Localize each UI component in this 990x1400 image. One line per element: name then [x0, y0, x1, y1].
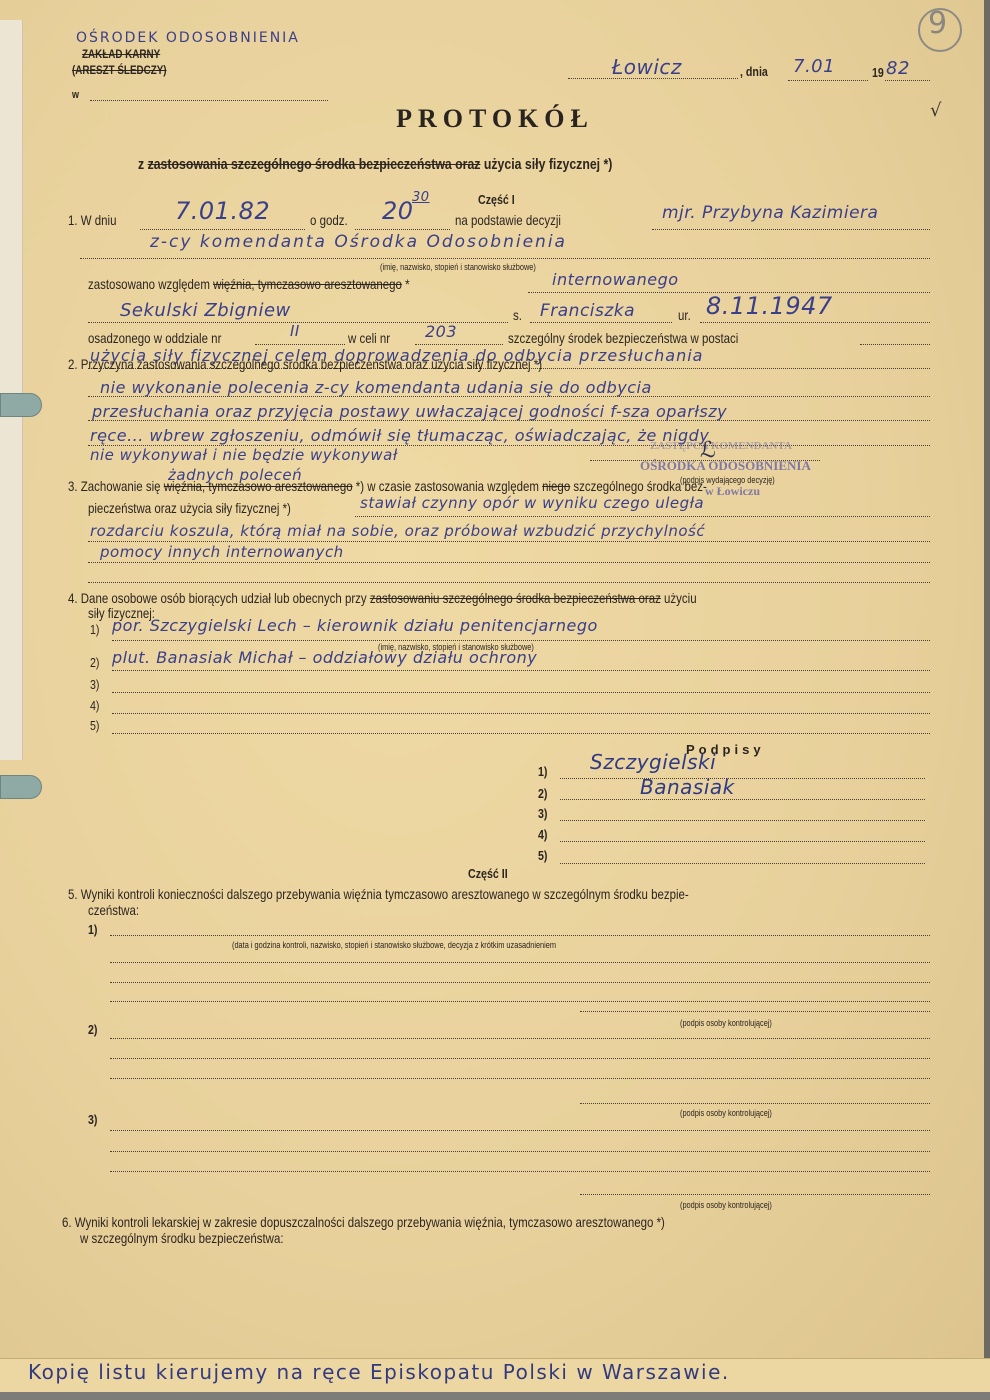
item2-line: przesłuchania oraz przyjęcia postawy uwł… [92, 402, 727, 421]
document-title: PROTOKÓŁ [0, 104, 990, 134]
stamp-line: OŚRODKA ODOSOBNIENIA [640, 458, 811, 474]
dotted-line [788, 80, 868, 81]
participant-entry: por. Szczygielski Lech – kierownik dział… [112, 616, 598, 635]
cell-number: 203 [425, 322, 457, 341]
item3-struck: więźnia, tymczasowo aresztowanego [164, 478, 353, 494]
item3-line: rozdarciu koszula, którą miał na sobie, … [90, 522, 705, 540]
dnia-label: , dnia [740, 64, 768, 79]
participant-num: 5) [90, 718, 99, 733]
signature-line [560, 841, 925, 842]
item1-caption: (imię, nazwisko, stopień i stanowisko sł… [380, 262, 536, 272]
item5-caption: (data i godzina kontroli, nazwisko, stop… [232, 940, 556, 950]
binding-hole [0, 775, 42, 799]
participant-num: 3) [90, 677, 99, 692]
dotted-line [112, 713, 930, 714]
dotted-line [90, 100, 328, 101]
dotted-line [568, 78, 738, 79]
dotted-line [112, 692, 930, 693]
item4-text: użyciu [664, 590, 697, 606]
participant-num: 1) [90, 622, 99, 637]
signature-num: 3) [538, 806, 547, 821]
institution-handwritten: OŚRODEK ODOSOBNIENIA [76, 30, 300, 46]
item4-label-line1: 4. Dane osobowe osób biorących udział lu… [68, 590, 697, 606]
subtitle: z zastosowania szczególnego środka bezpi… [138, 156, 612, 173]
item5-label-line1: 5. Wyniki kontroli konieczności dalszego… [68, 886, 689, 902]
signature-num: 5) [538, 848, 547, 863]
institution-printed-alt: (ARESZT ŚLEDCZY) [72, 63, 167, 77]
document-page: OŚRODEK ODOSOBNIENIA ZAKŁAD KARNY (ARESZ… [0, 0, 990, 1400]
page-edge [984, 0, 990, 1400]
control-num: 1) [88, 922, 97, 937]
item2-label: 2. Przyczyna zastosowania szczególnego ś… [68, 356, 542, 372]
dotted-line [110, 1078, 930, 1079]
binding-hole [0, 393, 42, 417]
signature-num: 2) [538, 786, 547, 801]
dotted-line [355, 516, 930, 517]
dotted-line [110, 962, 930, 963]
signature-1: Szczygielski [590, 750, 716, 774]
signature-num: 1) [538, 764, 547, 779]
dotted-line [415, 344, 503, 345]
participant-num: 4) [90, 698, 99, 713]
dotted-line [110, 1171, 930, 1172]
dotted-line [112, 670, 930, 671]
item3-label-line2: pieczeństwa oraz użycia siły fizycznej *… [88, 500, 291, 516]
person-status: internowanego [552, 270, 679, 289]
dotted-line [860, 344, 930, 345]
dotted-line [110, 935, 930, 936]
dotted-line [140, 229, 305, 230]
signature-num: 4) [538, 827, 547, 842]
decision-line2: z-cy komendanta Ośrodka Odosobnienia [150, 232, 567, 252]
cell-label: w celi nr [348, 330, 390, 346]
ward-label: osadzonego w oddziale nr [88, 330, 221, 346]
w-label: w [72, 89, 79, 101]
year-prefix: 19 [872, 65, 884, 80]
signature-line [560, 778, 925, 779]
dotted-line [110, 1151, 930, 1152]
measure-label: szczególny środek bezpieczeństwa w posta… [508, 330, 738, 346]
item2-line: nie wykonywał i nie będzie wykonywał [90, 446, 398, 464]
control-signature-caption: (podpis osoby kontrolującej) [680, 1108, 772, 1118]
person-name: Sekulski Zbigniew [120, 300, 291, 321]
participant-entry: plut. Banasiak Michał – oddziałowy dział… [112, 648, 537, 667]
item6-label-line2: w szczególnym środku bezpieczeństwa: [80, 1230, 284, 1246]
year-handwritten: 82 [886, 58, 910, 79]
signature-2: Banasiak [640, 775, 735, 799]
page-number: 9 [928, 6, 947, 41]
item1-label: 1. W dniu [68, 212, 116, 228]
applied-star: * [405, 276, 409, 292]
subtitle-z: z [138, 156, 144, 173]
item4-struck: zastosowaniu szczególnego środka bezpiec… [370, 590, 661, 606]
control-num: 3) [88, 1112, 97, 1127]
dotted-line [530, 322, 672, 323]
dotted-line [88, 420, 930, 421]
dotted-line [110, 1038, 930, 1039]
signature-line [580, 1103, 930, 1104]
father-name: Franciszka [540, 301, 635, 321]
signature-line [560, 799, 925, 800]
item3-line: stawiał czynny opór w wyniku czego uległ… [360, 494, 704, 512]
item1-date: 7.01.82 [175, 197, 270, 225]
item4-text: 4. Dane osobowe osób biorących udział lu… [68, 590, 367, 606]
dotted-line [110, 1001, 930, 1002]
decision-line1: mjr. Przybyna Kazimiera [662, 203, 878, 223]
dotted-line [88, 396, 930, 397]
s-label: s. [513, 307, 522, 323]
control-num: 2) [88, 1022, 97, 1037]
dotted-line [88, 582, 930, 583]
control-signature-caption: (podpis osoby kontrolującej) [680, 1200, 772, 1210]
stamp-line: w Łowiczu [705, 484, 760, 499]
stamp-line: ZASTĘPCA KOMENDANTA [650, 440, 792, 452]
item3-label-line1: 3. Zachowanie się więźnia, tymczasowo ar… [68, 478, 707, 494]
item3-text: *) w czasie zastosowania względem [356, 478, 539, 494]
participant-num: 2) [90, 655, 99, 670]
date-handwritten: 7.01 [793, 56, 835, 77]
footer-note: Kopię listu kierujemy na ręce Episkopatu… [28, 1360, 730, 1384]
place-handwritten: Łowicz [612, 55, 682, 79]
page-edge [0, 1392, 990, 1400]
dotted-line [652, 229, 930, 230]
institution-printed: ZAKŁAD KARNY [82, 47, 160, 61]
signature-line [580, 1194, 930, 1195]
signature-line [560, 820, 925, 821]
control-signature-caption: (podpis osoby kontrolującej) [680, 1018, 772, 1028]
item2-line: ręce... wbrew zgłoszeniu, odmówił się tł… [90, 426, 709, 445]
item6-label-line1: 6. Wyniki kontroli lekarskiej w zakresie… [62, 1214, 665, 1230]
dotted-line [885, 80, 930, 81]
dotted-line [255, 344, 345, 345]
signature-line [580, 1011, 930, 1012]
ur-label: ur. [678, 307, 691, 323]
subtitle-remaining: użycia siły fizycznej *) [484, 156, 613, 173]
item1-hour: 20 [382, 197, 414, 225]
dotted-line [110, 1130, 930, 1131]
part2-heading: Część II [468, 866, 508, 881]
birth-date: 8.11.1947 [706, 292, 833, 320]
applied-text: zastosowano względem [88, 276, 210, 292]
item3-line: pomocy innych internowanych [100, 543, 344, 561]
subtitle-struck: zastosowania szczególnego środka bezpiec… [148, 156, 481, 173]
dotted-line [88, 562, 930, 563]
dotted-line [112, 733, 930, 734]
item5-label-line2: czeństwa: [88, 902, 139, 918]
dotted-line [700, 322, 930, 323]
item3-text: 3. Zachowanie się [68, 478, 161, 494]
dotted-line [112, 640, 930, 641]
item3-text: szczególnego środka bez- [573, 478, 706, 494]
godz-label: o godz. [310, 212, 348, 228]
dotted-line [88, 541, 930, 542]
ward-number: II [290, 322, 300, 340]
dotted-line [80, 258, 930, 259]
item2-line: nie wykonanie polecenia z-cy komendanta … [100, 378, 652, 397]
applied-label: zastosowano względem więźnia, tymczasowo… [88, 276, 410, 292]
dotted-line [110, 1058, 930, 1059]
decision-label: na podstawie decyzji [455, 212, 561, 228]
applied-struck: więźnia, tymczasowo aresztowanego [213, 276, 402, 292]
decision-signature: ℒ [700, 438, 716, 463]
item1-minutes: 30 [412, 190, 430, 205]
signature-line [560, 863, 925, 864]
part1-heading: Część I [478, 192, 515, 207]
dotted-line [355, 229, 450, 230]
item3-struck: niego [542, 478, 570, 494]
dotted-line [110, 982, 930, 983]
